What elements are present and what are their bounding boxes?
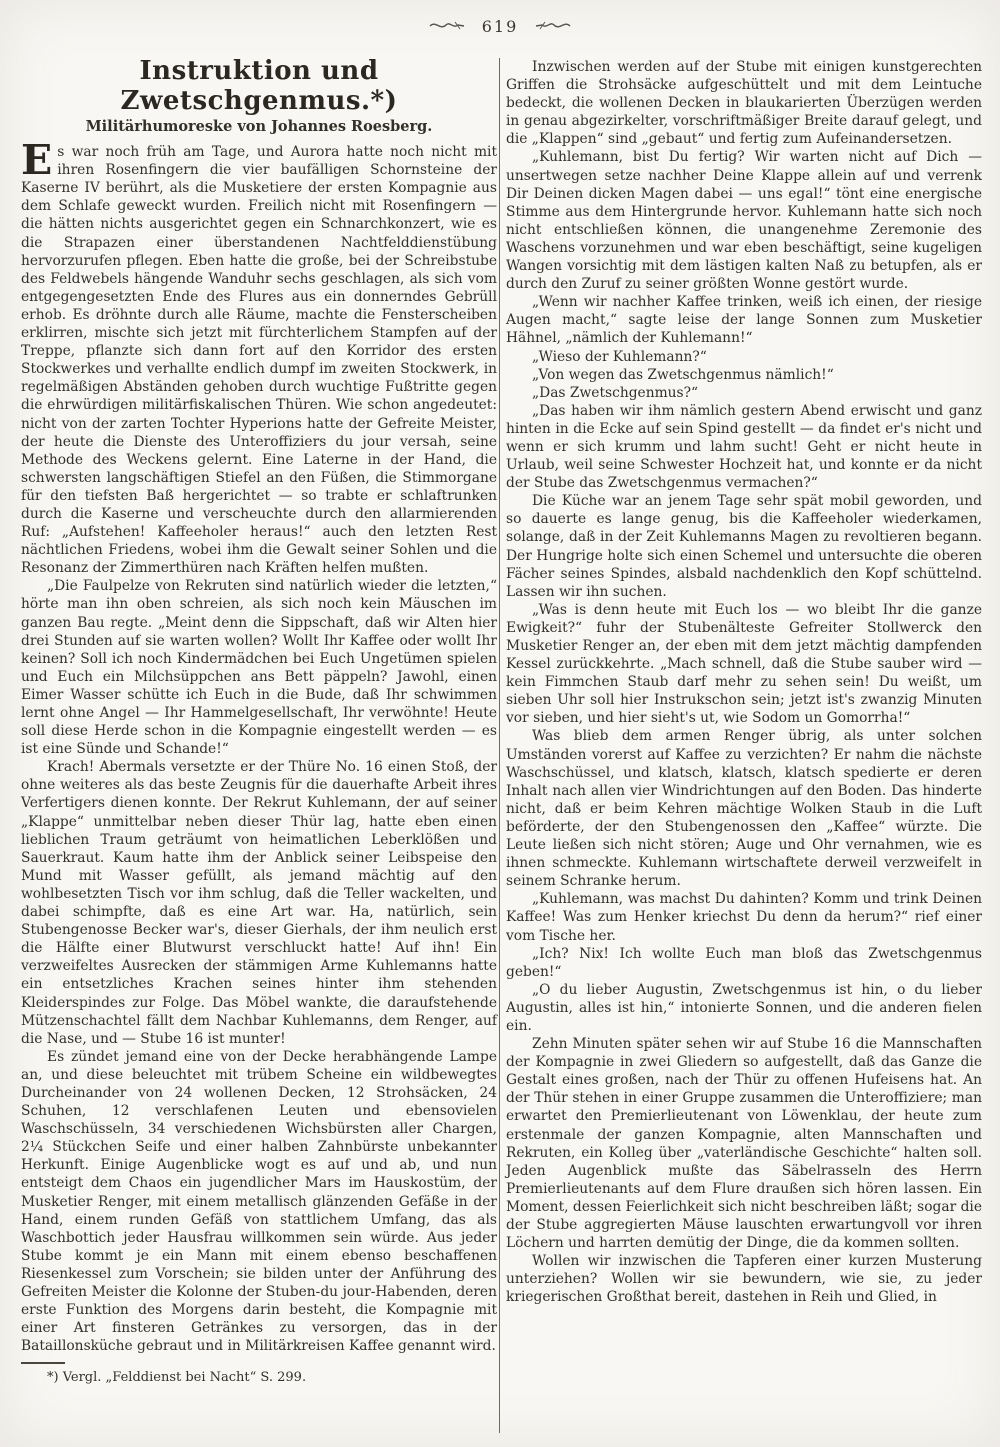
page-header: 619 xyxy=(0,16,1000,36)
lead-paragraph-text: s war noch früh am Tage, und Aurora hatt… xyxy=(21,144,497,576)
drop-cap: E xyxy=(21,143,57,177)
paragraph: Inzwischen werden auf der Stube mit eini… xyxy=(506,58,982,148)
paragraph: „Ich? Nix! Ich wollte Euch man bloß das … xyxy=(506,945,982,981)
lead-paragraph: Es war noch früh am Tage, und Aurora hat… xyxy=(21,143,497,577)
page-number: 619 xyxy=(482,17,519,36)
paragraph: Was blieb dem armen Renger übrig, als un… xyxy=(506,727,982,890)
paragraph: Die Küche war an jenem Tage sehr spät mo… xyxy=(506,492,982,601)
paragraph: „Kuhlemann, bist Du fertig? Wir warten n… xyxy=(506,148,982,293)
header-ornament-left-icon xyxy=(429,17,465,36)
right-paragraphs: Inzwischen werden auf der Stube mit eini… xyxy=(506,58,982,1306)
document-page: 619 Instruktion und Zwetschgenmus.*) Mil… xyxy=(0,0,1000,1447)
paragraph: „O du lieber Augustin, Zwetschgenmus ist… xyxy=(506,981,982,1035)
paragraph: „Von wegen das Zwetschgenmus nämlich!“ xyxy=(506,366,982,384)
paragraph: „Die Faulpelze von Rekruten sind natürli… xyxy=(21,577,497,758)
paragraph: „Wenn wir nachher Kaffee trinken, weiß i… xyxy=(506,293,982,347)
paragraph: „Wieso der Kuhlemann?“ xyxy=(506,348,982,366)
left-paragraphs: „Die Faulpelze von Rekruten sind natürli… xyxy=(21,577,497,1355)
article-title: Instruktion und Zwetschgenmus.*) xyxy=(21,56,497,116)
paragraph: Krach! Abermals versetzte er der Thüre N… xyxy=(21,758,497,1048)
paragraph: Es zündet jemand eine von der Decke hera… xyxy=(21,1048,497,1356)
paragraph: „Das Zwetschgenmus?“ xyxy=(506,384,982,402)
column-divider xyxy=(499,58,500,1433)
footnote: *) Vergl. „Felddienst bei Nacht“ S. 299. xyxy=(21,1369,497,1387)
footnote-rule xyxy=(21,1362,65,1364)
paragraph: „Das haben wir ihm nämlich gestern Abend… xyxy=(506,402,982,492)
paragraph: „Was is denn heute mit Euch los — wo ble… xyxy=(506,601,982,728)
right-column: Inzwischen werden auf der Stube mit eini… xyxy=(506,58,982,1306)
paragraph: Zehn Minuten später sehen wir auf Stube … xyxy=(506,1035,982,1252)
paragraph: Wollen wir inzwischen die Tapferen einer… xyxy=(506,1252,982,1306)
article-subtitle: Militärhumoreske von Johannes Roesberg. xyxy=(21,118,497,136)
header-ornament-right-icon xyxy=(535,17,571,36)
paragraph: „Kuhlemann, was machst Du dahinten? Komm… xyxy=(506,890,982,944)
left-column: Instruktion und Zwetschgenmus.*) Militär… xyxy=(21,54,497,1387)
